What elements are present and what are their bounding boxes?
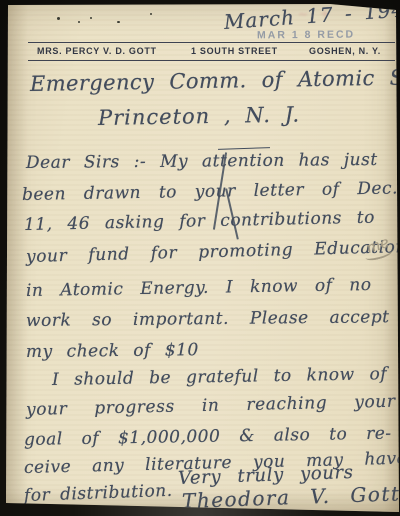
received-stamp: MAR 1 8 RECD: [257, 29, 355, 42]
letter-line: my check of $10: [26, 340, 199, 362]
letter-line: Dear Sirs :- My attention has just: [26, 150, 378, 173]
letter-line: 11, 46 asking for contributions to: [24, 208, 375, 235]
ink-speck: [117, 21, 120, 23]
ink-speck: [78, 21, 80, 23]
letter-photo: ~ + March 17 - 1947 MAR 1 8 RECD MRS. PE…: [0, 0, 400, 516]
letterhead-rule-top: [28, 42, 395, 43]
letterhead-street: 1 SOUTH STREET: [191, 46, 278, 56]
ink-speck: [150, 13, 152, 15]
letter-line: your fund for promoting Education: [26, 237, 400, 267]
ink-speck: [57, 17, 60, 20]
letter-line: been drawn to your letter of Dec.: [22, 178, 398, 205]
margin-note: me: [364, 233, 392, 257]
letter-line: for distribution.: [24, 481, 173, 506]
letter-line: work so important. Please accept: [26, 307, 390, 331]
letter-line: I should be grateful to know of: [52, 364, 387, 390]
letter-paper: ~ + March 17 - 1947 MAR 1 8 RECD MRS. PE…: [0, 0, 400, 516]
recipient-line: Emergency Comm. of Atomic Scientists: [30, 64, 400, 96]
letterhead-city: GOSHEN, N. Y.: [309, 46, 381, 56]
letterhead-rule-bottom: [28, 60, 395, 61]
letterhead-name: MRS. PERCY V. D. GOTT: [37, 46, 157, 56]
ink-speck: [90, 17, 92, 19]
pen-mark: [218, 147, 270, 150]
letter-line: goal of $1,000,000 & also to re-: [24, 424, 392, 450]
recipient-line: Princeton , N. J.: [98, 102, 300, 130]
letter-line: in Atomic Energy. I know of no: [26, 275, 372, 301]
letter-line: your progress in reaching your: [26, 392, 396, 420]
